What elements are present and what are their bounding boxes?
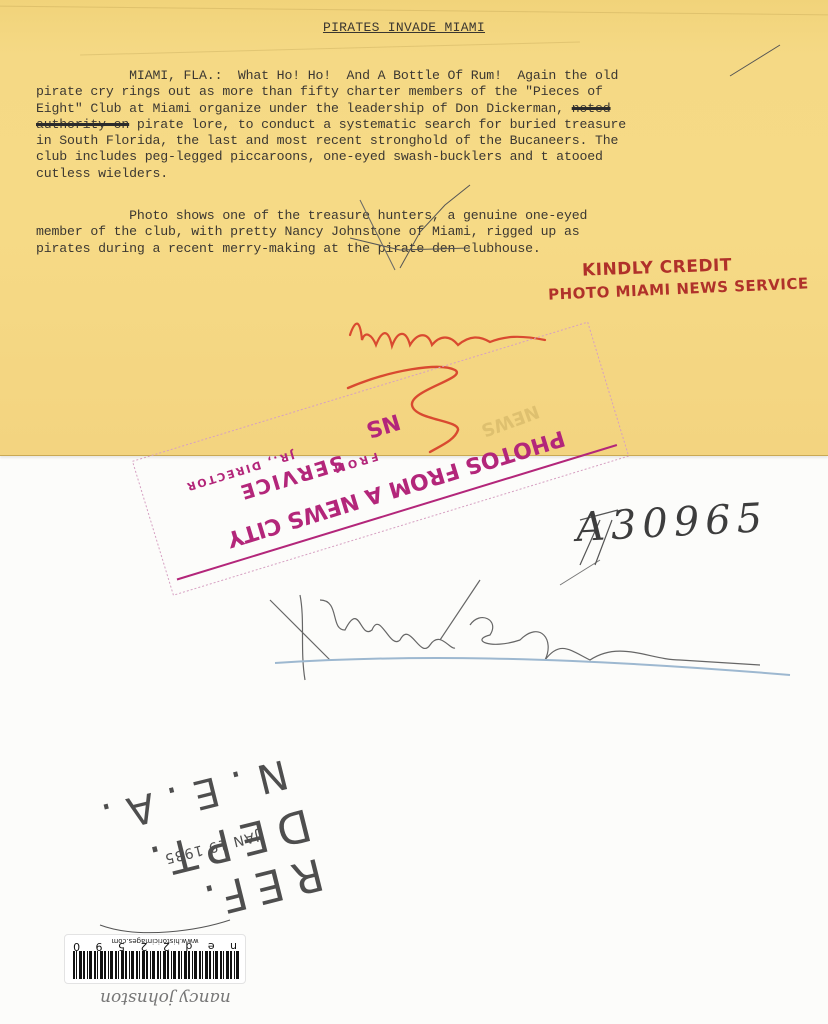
caption-line: MIAMI, FLA.: What Ho! Ho! And A Bottle O… bbox=[36, 68, 618, 83]
kindly-credit-stamp: KINDLY CREDIT bbox=[582, 255, 733, 280]
struck-word: authority on bbox=[36, 117, 129, 132]
struck-word: noted bbox=[572, 101, 611, 116]
caption-line: cutless wielders. bbox=[36, 166, 168, 181]
archive-number: A30965 bbox=[575, 495, 769, 551]
caption-line: Eight" Club at Miami organize under the … bbox=[36, 101, 572, 116]
paper-crease bbox=[80, 41, 580, 55]
caption-line: Photo shows one of the treasure hunters,… bbox=[36, 208, 587, 223]
caption-headline: PIRATES INVADE MIAMI bbox=[0, 20, 808, 35]
caption-paragraph-2: Photo shows one of the treasure hunters,… bbox=[36, 208, 816, 257]
barcode-bars bbox=[71, 951, 239, 979]
paper-crease bbox=[0, 6, 828, 16]
caption-line: pirate lore, to conduct a systematic sea… bbox=[129, 117, 626, 132]
ref-dept-stamp: N.E.A. JAN 19 1935 REF. DEPT. bbox=[60, 770, 320, 940]
caption-line: pirate cry rings out as more than fifty … bbox=[36, 84, 603, 99]
caption-line: pirates during a recent merry-making at … bbox=[36, 241, 541, 256]
subject-name-note: nancy johnston bbox=[100, 988, 231, 1008]
caption-line: in South Florida, the last and most rece… bbox=[36, 133, 618, 148]
caption-line: club includes peg-legged piccaroons, one… bbox=[36, 149, 603, 164]
photo-back-page: PIRATES INVADE MIAMI MIAMI, FLA.: What H… bbox=[0, 0, 828, 1024]
blue-pencil-underline bbox=[275, 658, 790, 675]
caption-line: member of the club, with pretty Nancy Jo… bbox=[36, 224, 579, 239]
caption-paragraph-1: MIAMI, FLA.: What Ho! Ho! And A Bottle O… bbox=[36, 68, 816, 182]
pencil-stroke bbox=[560, 560, 600, 585]
barcode-url: www.historicimages.com bbox=[65, 937, 245, 945]
pencil-miami-club-signature bbox=[270, 580, 760, 680]
barcode-label: ned22590 www.historicimages.com bbox=[64, 934, 246, 984]
